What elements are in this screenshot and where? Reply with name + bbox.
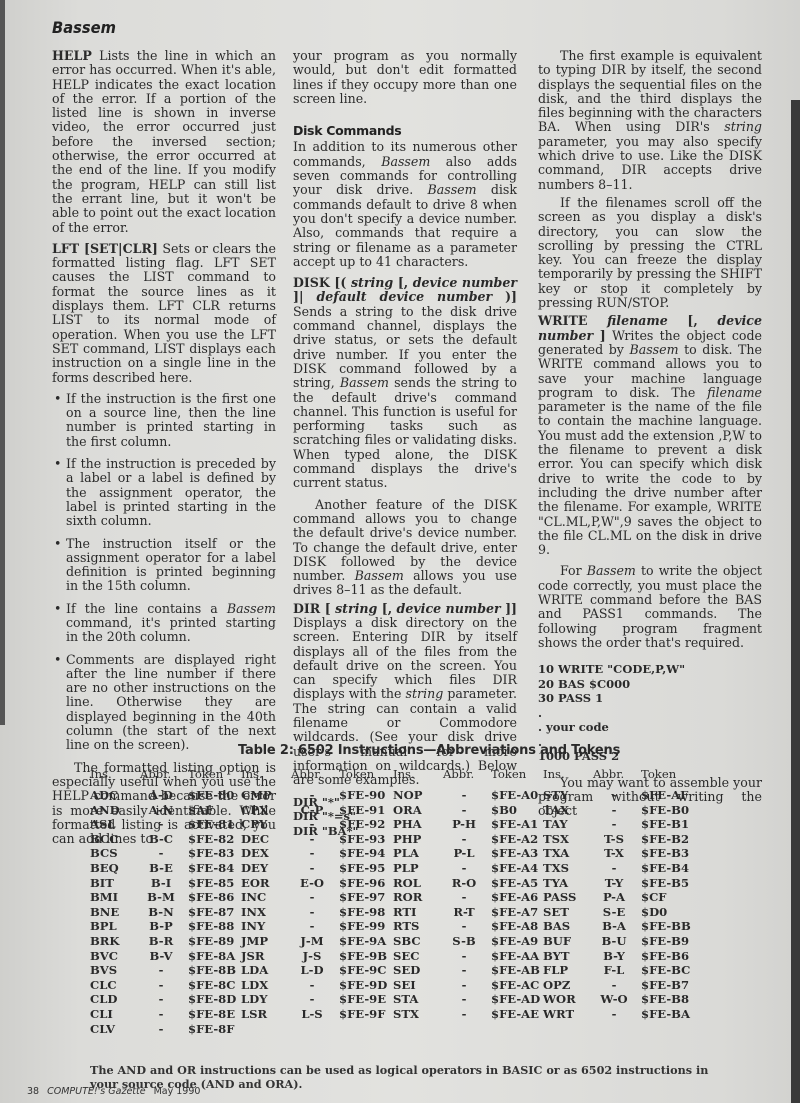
disk-commands-heading: Disk Commands <box>293 124 517 138</box>
continuation-paragraph: your program as you normally would, but … <box>293 49 517 106</box>
cell-ins: INY <box>241 919 289 934</box>
cell-ins: LDX <box>241 978 289 993</box>
cell-ins: SEI <box>393 978 441 993</box>
cell-ins: CPY <box>241 817 289 832</box>
cell-token: $FE-A3 <box>487 846 551 861</box>
cell-token: $FE-80 <box>184 788 248 803</box>
cell-ins: BUF <box>543 934 591 949</box>
cell-abbr: F-L <box>591 963 637 978</box>
cell-ins: TYA <box>543 876 591 891</box>
cell-ins: CLD <box>90 992 138 1007</box>
table-row: ASL-$FE-81 <box>90 817 248 832</box>
cell-token: $FE-8E <box>184 1007 248 1022</box>
table-row: BCCB-C$FE-82 <box>90 832 248 847</box>
list-item: The instruction itself or the assignment… <box>52 537 276 594</box>
column-header-ins: Ins. <box>241 767 289 788</box>
cell-abbr: - <box>289 978 335 993</box>
cell-ins: STY <box>543 788 591 803</box>
cell-ins: JMP <box>241 934 289 949</box>
disk-command-paragraph: DISK [( string [, device number ]| defau… <box>293 276 517 490</box>
column-header-token: Token <box>637 767 701 788</box>
table-row: BITB-I$FE-85 <box>90 876 248 891</box>
cell-ins: LDY <box>241 992 289 1007</box>
cell-abbr: B-U <box>591 934 637 949</box>
cell-ins: WRT <box>543 1007 591 1022</box>
column-3: The first example is equivalent to typin… <box>538 49 762 823</box>
cell-ins: ASL <box>90 817 138 832</box>
cell-abbr: J-S <box>289 949 335 964</box>
cell-abbr: - <box>138 978 184 993</box>
cell-token: $FE-AD <box>487 992 551 1007</box>
cell-abbr: L-S <box>289 1007 335 1022</box>
cell-abbr: - <box>591 1007 637 1022</box>
cell-ins: BVC <box>90 949 138 964</box>
cell-ins: SED <box>393 963 441 978</box>
cell-ins: SET <box>543 905 591 920</box>
cell-abbr: B-P <box>138 919 184 934</box>
table-row: CLC-$FE-8C <box>90 978 248 993</box>
cell-token: $FE-9C <box>335 963 399 978</box>
cell-token: $FE-88 <box>184 919 248 934</box>
table-row: CLD-$FE-8D <box>90 992 248 1007</box>
cell-token: $FE-B5 <box>637 876 701 891</box>
cell-abbr: B-I <box>138 876 184 891</box>
cell-abbr: B-E <box>138 861 184 876</box>
table-row: ROLR-O$FE-A5 <box>393 876 551 891</box>
cell-abbr: B-R <box>138 934 184 949</box>
cell-ins: DEX <box>241 846 289 861</box>
cell-ins: BYT <box>543 949 591 964</box>
list-item: If the line contains a Bassem command, i… <box>52 602 276 645</box>
cell-ins: ROL <box>393 876 441 891</box>
table-row: BYTB-Y$FE-B6 <box>543 949 701 964</box>
cell-ins: CMP <box>241 788 289 803</box>
cell-token: $FE-81 <box>184 817 248 832</box>
list-item: Comments are displayed right after the l… <box>52 653 276 753</box>
table-row: PHAP-H$FE-A1 <box>393 817 551 832</box>
issue-date: May 1990 <box>154 1086 201 1097</box>
cell-token: $FE-83 <box>184 846 248 861</box>
cell-abbr: B-N <box>138 905 184 920</box>
cell-token: $FE-93 <box>335 832 399 847</box>
cell-abbr: T-Y <box>591 876 637 891</box>
cell-ins: BVS <box>90 963 138 978</box>
table-row: DEC-$FE-93 <box>241 832 399 847</box>
cell-abbr: - <box>591 817 637 832</box>
cell-token: $FE-AC <box>487 978 551 993</box>
cell-token: $FE-90 <box>335 788 399 803</box>
cell-ins: TAY <box>543 817 591 832</box>
code-line: 30 PASS 1 <box>538 691 762 706</box>
table-row: TXS-$FE-B4 <box>543 861 701 876</box>
table-row: PLAP-L$FE-A3 <box>393 846 551 861</box>
cell-abbr: - <box>289 905 335 920</box>
cell-ins: CPX <box>241 803 289 818</box>
table-row: EORE-O$FE-96 <box>241 876 399 891</box>
cell-token: $FE-8D <box>184 992 248 1007</box>
table-row: ADCA-D$FE-80 <box>90 788 248 803</box>
table-row: SED-$FE-AB <box>393 963 551 978</box>
cell-ins: LSR <box>241 1007 289 1022</box>
cell-abbr: - <box>591 978 637 993</box>
table-row: TAX-$FE-B0 <box>543 803 701 818</box>
column-header-abbr: Abbr. <box>289 767 335 788</box>
cell-token: $FE-9B <box>335 949 399 964</box>
table-group-3: Ins.Abbr.TokenNOP-$FE-A0ORA-$B0PHAP-H$FE… <box>393 767 551 1022</box>
cell-token: $FE-94 <box>335 846 399 861</box>
table-row: LDY-$FE-9E <box>241 992 399 1007</box>
column-1: HELP Lists the line in which an error ha… <box>52 49 276 850</box>
cell-token: $FE-A2 <box>487 832 551 847</box>
cell-abbr: - <box>289 861 335 876</box>
cell-token: $FE-A7 <box>487 905 551 920</box>
code-line: 10 WRITE "CODE,P,W" <box>538 662 762 677</box>
cell-token: $FE-A4 <box>487 861 551 876</box>
page-edge-shadow-left <box>0 0 5 725</box>
cell-ins: JSR <box>241 949 289 964</box>
cell-token: $FE-8F <box>184 1022 248 1037</box>
table-row: DEX-$FE-94 <box>241 846 399 861</box>
cell-token: $FE-9F <box>335 1007 399 1022</box>
table-row: BMIB-M$FE-86 <box>90 890 248 905</box>
cell-token: $FE-BB <box>637 919 701 934</box>
cell-token: $FE-89 <box>184 934 248 949</box>
table-row: BPLB-P$FE-88 <box>90 919 248 934</box>
cell-ins: PASS <box>543 890 591 905</box>
cell-ins: ADC <box>90 788 138 803</box>
cell-abbr: J-M <box>289 934 335 949</box>
table-row: LSRL-S$FE-9F <box>241 1007 399 1022</box>
cell-token: $FE-B4 <box>637 861 701 876</box>
column-2: your program as you normally would, but … <box>293 49 517 842</box>
cell-ins: SBC <box>393 934 441 949</box>
cell-token: $FE-B3 <box>637 846 701 861</box>
table-row: TXAT-X$FE-B3 <box>543 846 701 861</box>
table-row: STA-$FE-AD <box>393 992 551 1007</box>
dir-command-paragraph: DIR [ string [, device number ]] Display… <box>293 602 517 788</box>
table-row: CLV-$FE-8F <box>90 1022 248 1037</box>
table-row: LDX-$FE-9D <box>241 978 399 993</box>
table-row: BEQB-E$FE-84 <box>90 861 248 876</box>
table-row: ORA-$B0 <box>393 803 551 818</box>
cell-abbr: P-A <box>591 890 637 905</box>
cell-token: $CF <box>637 890 701 905</box>
cell-abbr: - <box>138 963 184 978</box>
table-group-4: Ins.Abbr.TokenSTY-$FE-AFTAX-$FE-B0TAY-$F… <box>543 767 701 1022</box>
cell-ins: PLA <box>393 846 441 861</box>
cell-token: $FE-97 <box>335 890 399 905</box>
cell-token: $FE-91 <box>335 803 399 818</box>
cell-ins: INX <box>241 905 289 920</box>
cell-abbr: - <box>441 861 487 876</box>
cell-abbr: - <box>591 788 637 803</box>
cell-abbr: E-O <box>289 876 335 891</box>
cell-ins: BEQ <box>90 861 138 876</box>
cell-ins: PHP <box>393 832 441 847</box>
table-row: RTS-$FE-A8 <box>393 919 551 934</box>
cell-ins: TSX <box>543 832 591 847</box>
table-row: CMP-$FE-90 <box>241 788 399 803</box>
lft-command-paragraph: LFT [SET|CLR] Sets or clears the formatt… <box>52 242 276 385</box>
table-group-2: Ins.Abbr.TokenCMP-$FE-90CPXC-P$FE-91CPY-… <box>241 767 399 1022</box>
cell-token: $FE-B8 <box>637 992 701 1007</box>
cell-token: $FE-92 <box>335 817 399 832</box>
cell-token: $FE-9E <box>335 992 399 1007</box>
section-title: Bassem <box>52 18 116 37</box>
table-row: INX-$FE-98 <box>241 905 399 920</box>
table-row: CLI-$FE-8E <box>90 1007 248 1022</box>
cell-ins: ROR <box>393 890 441 905</box>
cell-abbr: B-V <box>138 949 184 964</box>
table-row: CPXC-P$FE-91 <box>241 803 399 818</box>
cell-token: $FE-84 <box>184 861 248 876</box>
table-row: TAY-$FE-B1 <box>543 817 701 832</box>
cell-token: $FE-B9 <box>637 934 701 949</box>
table-row: DEY-$FE-95 <box>241 861 399 876</box>
disk-default-paragraph: Another feature of the DISK command allo… <box>293 498 517 598</box>
cell-token: $FE-9A <box>335 934 399 949</box>
cell-ins: BRK <box>90 934 138 949</box>
cell-abbr: - <box>441 978 487 993</box>
cell-abbr: - <box>441 992 487 1007</box>
help-command-paragraph: HELP Lists the line in which an error ha… <box>52 49 276 235</box>
table-row: SEC-$FE-AA <box>393 949 551 964</box>
cell-ins: CLC <box>90 978 138 993</box>
cell-abbr: - <box>441 832 487 847</box>
cell-ins: TXS <box>543 861 591 876</box>
format-rules-list: If the instruction is the first one on a… <box>52 392 276 753</box>
cell-ins: TAX <box>543 803 591 818</box>
cell-ins: BCS <box>90 846 138 861</box>
table-row: BCS-$FE-83 <box>90 846 248 861</box>
cell-token: $FE-A5 <box>487 876 551 891</box>
cell-token: $D0 <box>637 905 701 920</box>
cell-token: $FE-B2 <box>637 832 701 847</box>
cell-token: $FE-A0 <box>487 788 551 803</box>
cell-abbr: A-N <box>138 803 184 818</box>
cell-ins: DEY <box>241 861 289 876</box>
cell-ins: TXA <box>543 846 591 861</box>
cell-ins: PLP <box>393 861 441 876</box>
cell-abbr: S-E <box>591 905 637 920</box>
table-row: STY-$FE-AF <box>543 788 701 803</box>
cell-token: $FE-A1 <box>487 817 551 832</box>
cell-ins: STA <box>393 992 441 1007</box>
cell-abbr: L-D <box>289 963 335 978</box>
cell-abbr: - <box>441 949 487 964</box>
table-row: BRKB-R$FE-89 <box>90 934 248 949</box>
cell-ins: RTS <box>393 919 441 934</box>
cell-ins: AND <box>90 803 138 818</box>
column-header-ins: Ins. <box>543 767 591 788</box>
cell-abbr: - <box>289 890 335 905</box>
cell-ins: EOR <box>241 876 289 891</box>
cell-token: $FE-86 <box>184 890 248 905</box>
code-line: 20 BAS $C000 <box>538 677 762 692</box>
cell-token: $FE-99 <box>335 919 399 934</box>
page-footer: 38COMPUTE!'s GazetteMay 1990 <box>27 1086 200 1097</box>
dir-term: DIR [ <box>293 601 331 616</box>
cell-abbr: - <box>138 1007 184 1022</box>
cell-abbr: - <box>138 817 184 832</box>
list-item: If the instruction is the first one on a… <box>52 392 276 449</box>
cell-abbr: - <box>289 832 335 847</box>
cell-token: $FE-AA <box>487 949 551 964</box>
cell-abbr: B-M <box>138 890 184 905</box>
cell-ins: BNE <box>90 905 138 920</box>
column-header-ins: Ins. <box>393 767 441 788</box>
table-row: WORW-O$FE-B8 <box>543 992 701 1007</box>
column-header-ins: Ins. <box>90 767 138 788</box>
write-order-paragraph: For Bassem to write the object code corr… <box>538 564 762 650</box>
cell-abbr: R-O <box>441 876 487 891</box>
cell-token: $FE-98 <box>335 905 399 920</box>
cell-token: $FE-A8 <box>487 919 551 934</box>
cell-ins: CLI <box>90 1007 138 1022</box>
cell-abbr: - <box>289 817 335 832</box>
dir-explanation-paragraph: The first example is equivalent to typin… <box>538 49 762 192</box>
cell-abbr: - <box>289 992 335 1007</box>
cell-token: $FE-96 <box>335 876 399 891</box>
cell-abbr: - <box>441 890 487 905</box>
table-row: PASSP-A$CF <box>543 890 701 905</box>
cell-token: $FE-BC <box>637 963 701 978</box>
column-header-token: Token <box>487 767 551 788</box>
table-row: PLP-$FE-A4 <box>393 861 551 876</box>
cell-token: $FE-B1 <box>637 817 701 832</box>
cell-ins: WOR <box>543 992 591 1007</box>
table-row: JMPJ-M$FE-9A <box>241 934 399 949</box>
table-row: LDAL-D$FE-9C <box>241 963 399 978</box>
cell-ins: SEC <box>393 949 441 964</box>
cell-token: $FE-95 <box>335 861 399 876</box>
table-row: NOP-$FE-A0 <box>393 788 551 803</box>
cell-abbr: - <box>441 803 487 818</box>
cell-token: $FE-9D <box>335 978 399 993</box>
table-row: RTIR-T$FE-A7 <box>393 905 551 920</box>
cell-ins: RTI <box>393 905 441 920</box>
cell-abbr: W-O <box>591 992 637 1007</box>
table-row: BVS-$FE-8B <box>90 963 248 978</box>
cell-abbr: - <box>289 919 335 934</box>
page-number: 38 <box>27 1086 39 1097</box>
table-row: TSXT-S$FE-B2 <box>543 832 701 847</box>
cell-abbr: B-Y <box>591 949 637 964</box>
cell-ins: FLP <box>543 963 591 978</box>
table-row: CPY-$FE-92 <box>241 817 399 832</box>
table-row: JSRJ-S$FE-9B <box>241 949 399 964</box>
table-title: Table 2: 6502 Instructions—Abbreviations… <box>238 743 620 758</box>
table-row: SETS-E$D0 <box>543 905 701 920</box>
column-header-abbr: Abbr. <box>591 767 637 788</box>
list-item: If the instruction is preceded by a labe… <box>52 457 276 528</box>
cell-abbr: - <box>591 803 637 818</box>
magazine-page: Bassem HELP Lists the line in which an e… <box>0 0 800 1103</box>
cell-abbr: - <box>441 919 487 934</box>
cell-token: $FE-8B <box>184 963 248 978</box>
cell-ins: BAS <box>543 919 591 934</box>
cell-token: $FE-A6 <box>487 890 551 905</box>
disk-term: DISK [( <box>293 275 346 290</box>
cell-token: $AF <box>184 803 248 818</box>
code-line: . your code <box>538 720 762 735</box>
cell-ins: BCC <box>90 832 138 847</box>
cell-token: $FE-B7 <box>637 978 701 993</box>
table-row: WRT-$FE-BA <box>543 1007 701 1022</box>
cell-token: $FE-AF <box>637 788 701 803</box>
cell-token: $FE-AB <box>487 963 551 978</box>
cell-ins: OPZ <box>543 978 591 993</box>
cell-token: $FE-8C <box>184 978 248 993</box>
column-header-abbr: Abbr. <box>138 767 184 788</box>
cell-ins: NOP <box>393 788 441 803</box>
cell-abbr: - <box>591 861 637 876</box>
cell-abbr: - <box>138 1022 184 1037</box>
disk-intro-paragraph: In addition to its numerous other comman… <box>293 140 517 269</box>
cell-abbr: B-A <box>591 919 637 934</box>
scroll-paragraph: If the filenames scroll off the screen a… <box>538 196 762 310</box>
write-command-paragraph: WRITE filename [, device number ] Writes… <box>538 314 762 557</box>
table-row: BASB-A$FE-BB <box>543 919 701 934</box>
cell-ins: LDA <box>241 963 289 978</box>
cell-ins: INC <box>241 890 289 905</box>
cell-ins: BMI <box>90 890 138 905</box>
cell-abbr: R-T <box>441 905 487 920</box>
cell-ins: CLV <box>90 1022 138 1037</box>
table-row: ROR-$FE-A6 <box>393 890 551 905</box>
column-header-abbr: Abbr. <box>441 767 487 788</box>
table-group-1: Ins.Abbr.TokenADCA-D$FE-80ANDA-N$AFASL-$… <box>90 767 248 1036</box>
cell-token: $FE-8A <box>184 949 248 964</box>
page-edge-shadow-right <box>791 100 800 1103</box>
table-row: INY-$FE-99 <box>241 919 399 934</box>
table-row: BUFB-U$FE-B9 <box>543 934 701 949</box>
write-term: WRITE <box>538 313 587 328</box>
cell-abbr: - <box>138 846 184 861</box>
cell-abbr: C-P <box>289 803 335 818</box>
cell-abbr: - <box>441 963 487 978</box>
cell-abbr: - <box>289 846 335 861</box>
table-row: STX-$FE-AE <box>393 1007 551 1022</box>
cell-abbr: - <box>289 788 335 803</box>
table-row: BVCB-V$FE-8A <box>90 949 248 964</box>
column-header-token: Token <box>184 767 248 788</box>
table-row: OPZ-$FE-B7 <box>543 978 701 993</box>
cell-abbr: - <box>138 992 184 1007</box>
cell-token: $FE-82 <box>184 832 248 847</box>
cell-token: $FE-87 <box>184 905 248 920</box>
cell-token: $FE-85 <box>184 876 248 891</box>
cell-abbr: S-B <box>441 934 487 949</box>
column-header-token: Token <box>335 767 399 788</box>
table-row: SBCS-B$FE-A9 <box>393 934 551 949</box>
cell-abbr: P-H <box>441 817 487 832</box>
cell-token: $B0 <box>487 803 551 818</box>
table-row: TYAT-Y$FE-B5 <box>543 876 701 891</box>
cell-abbr: T-S <box>591 832 637 847</box>
cell-abbr: - <box>441 788 487 803</box>
cell-abbr: - <box>441 1007 487 1022</box>
table-row: ANDA-N$AF <box>90 803 248 818</box>
cell-ins: BPL <box>90 919 138 934</box>
publication-name: COMPUTE!'s Gazette <box>47 1086 146 1097</box>
lft-term: LFT [SET|CLR] <box>52 241 158 256</box>
table-row: PHP-$FE-A2 <box>393 832 551 847</box>
help-term: HELP <box>52 48 92 63</box>
cell-ins: STX <box>393 1007 441 1022</box>
cell-ins: PHA <box>393 817 441 832</box>
code-line: . <box>538 706 762 721</box>
